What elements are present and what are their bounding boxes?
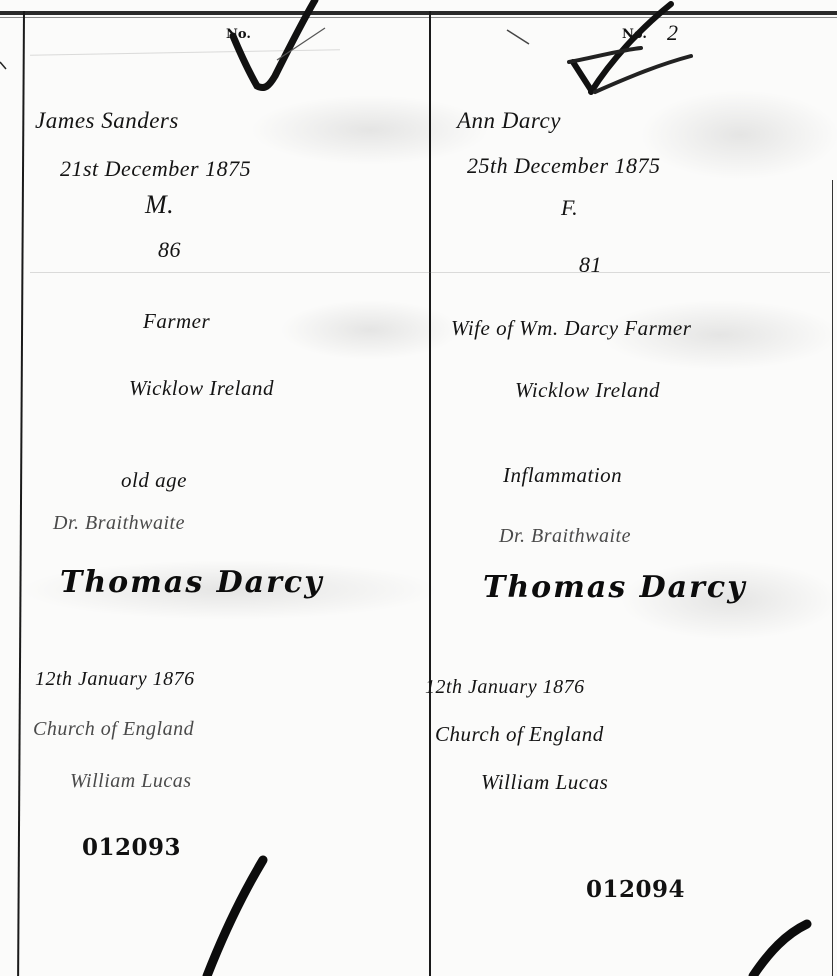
date-of-burial: 12th January 1876 [425,676,585,699]
occupation: Farmer [143,309,210,334]
check-mark-icon [205,0,325,95]
occupation: Wife of Wm. Darcy Farmer [451,316,691,341]
medical-attendant: Dr. Braithwaite [53,512,185,535]
sex: F. [561,195,578,221]
officiating-minister: William Lucas [481,770,608,795]
deceased-name: James Sanders [35,108,179,134]
register-page: No. James Sanders 21st December 1875 M. … [0,0,837,976]
informant-signature: Thomas Darcy [60,565,324,600]
check-mark-icon [491,0,701,110]
register-entry-2: No. 2 Ann Darcy 25th December 1875 F. 81… [431,0,835,976]
birthplace: Wicklow Ireland [129,376,274,401]
cause-of-death: old age [121,468,187,493]
edge-mark-icon [0,60,8,70]
cause-of-death: Inflammation [503,463,622,488]
left-column-rule [17,11,25,976]
reference-stamp: 012094 [586,876,685,903]
age: 86 [158,237,181,263]
medical-attendant: Dr. Braithwaite [499,525,631,548]
margin-stroke-mark [741,920,821,976]
deceased-name: Ann Darcy [457,108,561,134]
age: 81 [579,252,602,278]
informant-signature: Thomas Darcy [483,570,747,605]
date-of-death: 25th December 1875 [467,153,661,179]
birthplace: Wicklow Ireland [515,378,660,403]
date-of-burial: 12th January 1876 [35,668,195,691]
reference-stamp: 012093 [82,834,181,861]
religion: Church of England [435,722,604,747]
religion: Church of England [33,718,194,741]
officiating-minister: William Lucas [70,770,192,793]
sex: M. [145,190,174,220]
margin-stroke-mark [185,860,285,976]
register-entry-1: No. James Sanders 21st December 1875 M. … [25,0,429,976]
date-of-death: 21st December 1875 [60,156,251,182]
